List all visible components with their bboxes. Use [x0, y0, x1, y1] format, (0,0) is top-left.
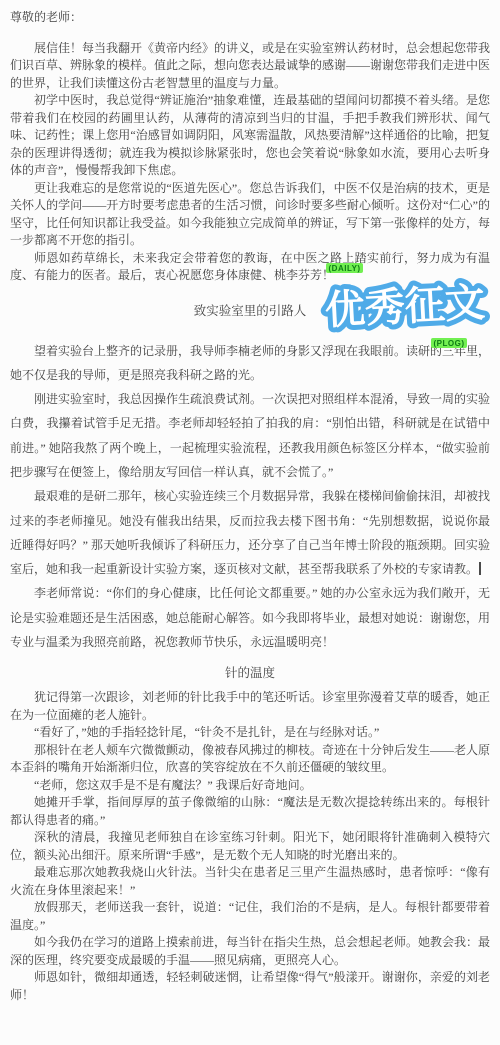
paragraph[interactable]: 师恩如针，微细却通透，轻轻刺破迷惘，让希望像“得气”般漾开。谢谢你，亲爱的刘老师…	[10, 969, 490, 1004]
paragraph[interactable]: 初学中医时，我总觉得“辨证施治”抽象难懂，连最基础的望闻问切都摸不着头绪。是您带…	[10, 92, 490, 180]
sticker-plog-label: (PLOG)	[431, 338, 467, 348]
paragraph[interactable]: 最难忘那次她教我烧山火针法。当针尖在患者足三里产生温热感时，患者惊呼：“像有火流…	[10, 864, 490, 899]
text-cursor	[479, 562, 481, 575]
paragraph[interactable]: 放假那天，老师送我一套针，说道：“记住，我们治的不是病，是人。每根针都要带着温度…	[10, 899, 490, 934]
essay-title-needle-warmth[interactable]: 针的温度	[10, 664, 490, 683]
paragraph[interactable]: 展信佳！每当我翻开《黄帝内经》的讲义，或是在实验室辨认药材时，总会想起您带我们识…	[10, 40, 490, 93]
paragraph[interactable]: 刚进实验室时，我总因操作生疏浪费试剂。一次误把对照组样本混淆，导致一周的实验白费…	[10, 387, 490, 484]
paragraph[interactable]: 犹记得第一次跟诊，刘老师的针比我手中的笔还听话。诊室里弥漫着艾草的暖香，她正在为…	[10, 689, 490, 724]
paragraph-text: 最艰难的是研二那年，核心实验连续三个月数据异常，我躲在楼梯间偷偷抹泪，却被找过来…	[10, 489, 490, 576]
section-letter-to-teacher: 尊敬的老师： 展信佳！每当我翻开《黄帝内经》的讲义，或是在实验室辨认药材时，总会…	[10, 9, 490, 285]
paragraph[interactable]: 深秋的清晨，我撞见老师独自在诊室练习针刺。阳光下，她闭眼将针准确刺入模特穴位，额…	[10, 829, 490, 864]
document-canvas[interactable]: 尊敬的老师： 展信佳！每当我翻开《黄帝内经》的讲义，或是在实验室辨认药材时，总会…	[0, 0, 500, 1004]
salutation[interactable]: 尊敬的老师：	[10, 9, 490, 27]
excellent-essay-badge-icon: 优秀征文	[318, 268, 493, 343]
excellent-essay-sticker: (DAILY) 优秀征文 (PLOG)	[318, 256, 493, 356]
paragraph[interactable]: “老师，您这双手是不是有魔法？” 我课后好奇地问。	[10, 777, 490, 795]
section-lab-guide: 望着实验台上整齐的记录册，我导师李楠老师的身影又浮现在我眼前。读研的三年里，她不…	[10, 339, 490, 655]
paragraph-with-cursor[interactable]: 最艰难的是研二那年，核心实验连续三个月数据异常，我躲在楼梯间偷偷抹泪，却被找过来…	[10, 484, 490, 581]
section-needle-warmth: 犹记得第一次跟诊，刘老师的针比我手中的笔还听话。诊室里弥漫着艾草的暖香，她正在为…	[10, 689, 490, 1004]
paragraph[interactable]: “看好了，”她的手指轻捻针尾，“针灸不是扎针，是在与经脉对话。”	[10, 724, 490, 742]
sticker-text: 优秀征文	[324, 281, 486, 333]
paragraph[interactable]: 李老师常说：“你们的身心健康，比任何论文都重要。” 她的办公室永远为我们敞开，无…	[10, 581, 490, 654]
paragraph[interactable]: 那根针在老人颊车穴微微颤动，像被春风拂过的柳枝。奇迹在十分钟后发生——老人原本歪…	[10, 742, 490, 777]
paragraph[interactable]: 如今我仍在学习的道路上摸索前进，每当针在指尖生热，总会想起老师。她教会我：最深的…	[10, 934, 490, 969]
paragraph[interactable]: 她摊开手掌，指间厚厚的茧子像微缩的山脉：“魔法是无数次提捻转练出来的。每根针都认…	[10, 794, 490, 829]
paragraph[interactable]: 更让我难忘的是您常说的“医道先医心”。您总告诉我们，中医不仅是治病的技术，更是关…	[10, 180, 490, 250]
